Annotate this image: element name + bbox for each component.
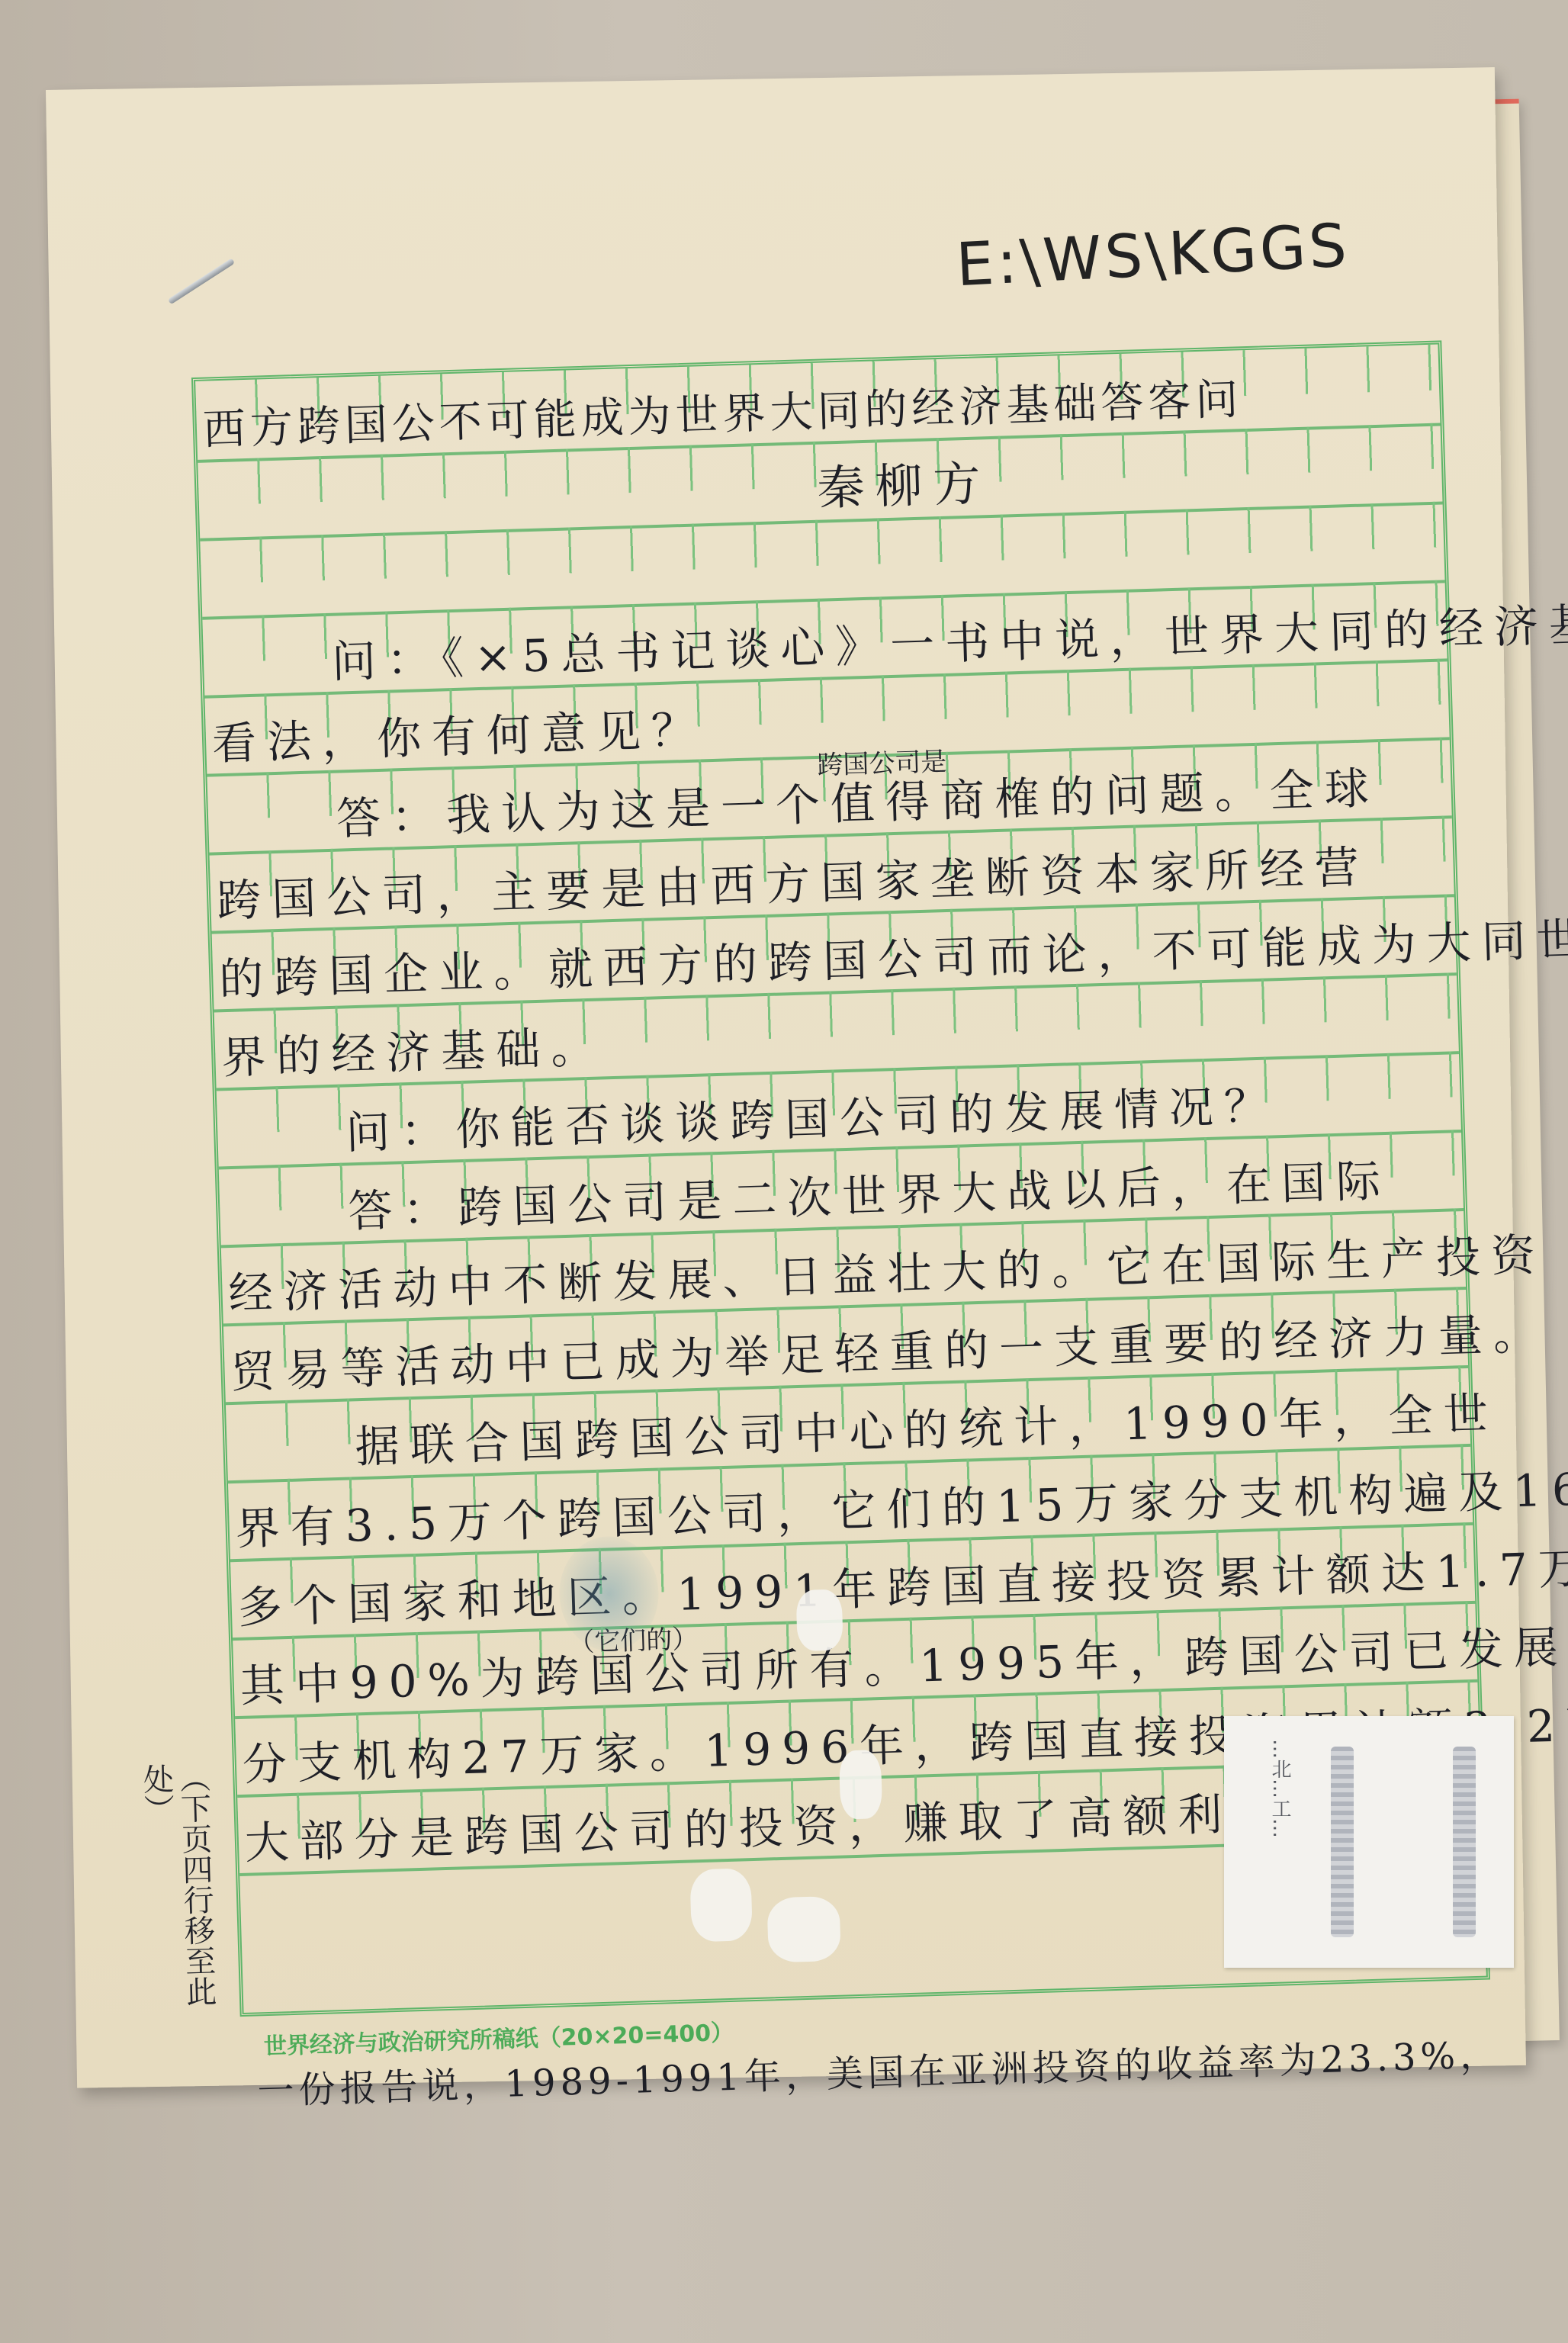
label-slip: …北…工… xyxy=(1224,1716,1514,1968)
redaction-bar xyxy=(1453,1747,1476,1937)
insertion-note: 跨国公司是 xyxy=(817,741,947,782)
correction-fluid-mark xyxy=(689,1868,753,1942)
staple-icon xyxy=(168,258,235,304)
correction-fluid-mark xyxy=(839,1750,883,1820)
slip-text: …北…工… xyxy=(1266,1739,1294,1838)
margin-note: （下页四行移至此处） xyxy=(177,1762,218,2014)
redaction-bar xyxy=(1331,1747,1354,1937)
file-code: E:\WS\KGGS xyxy=(955,211,1351,300)
correction-fluid-mark xyxy=(766,1896,840,1963)
correction-fluid-mark xyxy=(795,1589,843,1651)
